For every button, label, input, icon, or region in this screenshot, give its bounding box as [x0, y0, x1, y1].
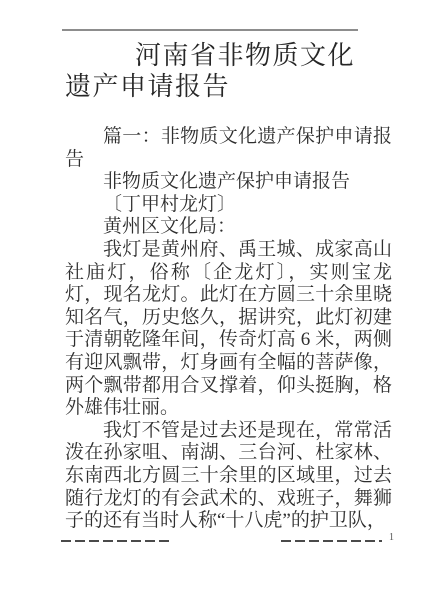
paragraph-body-2: 我灯不管是过去还是现在，常常活泼在孙家咀、南湖、三台河、杜家林、东南西北方圆三十…: [65, 420, 392, 533]
paragraph-heading-part1: 篇一：非物质文化遗产保护申请报告: [65, 126, 392, 171]
document-page: 河南省非物质文化遗产申请报告 篇一：非物质文化遗产保护申请报告 非物质文化遗产保…: [0, 0, 424, 600]
paragraph-subtitle: 非物质文化遗产保护申请报告: [65, 171, 392, 194]
document-body: 篇一：非物质文化遗产保护申请报告 非物质文化遗产保护申请报告 〔丁甲村龙灯〕 黄…: [65, 126, 392, 533]
paragraph-bracket-title: 〔丁甲村龙灯〕: [65, 194, 392, 217]
header-rule: [62, 29, 358, 31]
footnote-separator-left: [61, 540, 172, 542]
paragraph-body-1: 我灯是黄州府、禹王城、成家高山社庙灯，俗称〔企龙灯〕，实则宝龙灯，现名龙灯。此灯…: [65, 239, 392, 420]
page-number: 1: [389, 532, 394, 544]
footnote-separator-right: [281, 540, 382, 542]
document-title: 河南省非物质文化遗产申请报告: [65, 40, 375, 102]
paragraph-addressee: 黄州区文化局：: [65, 216, 392, 239]
